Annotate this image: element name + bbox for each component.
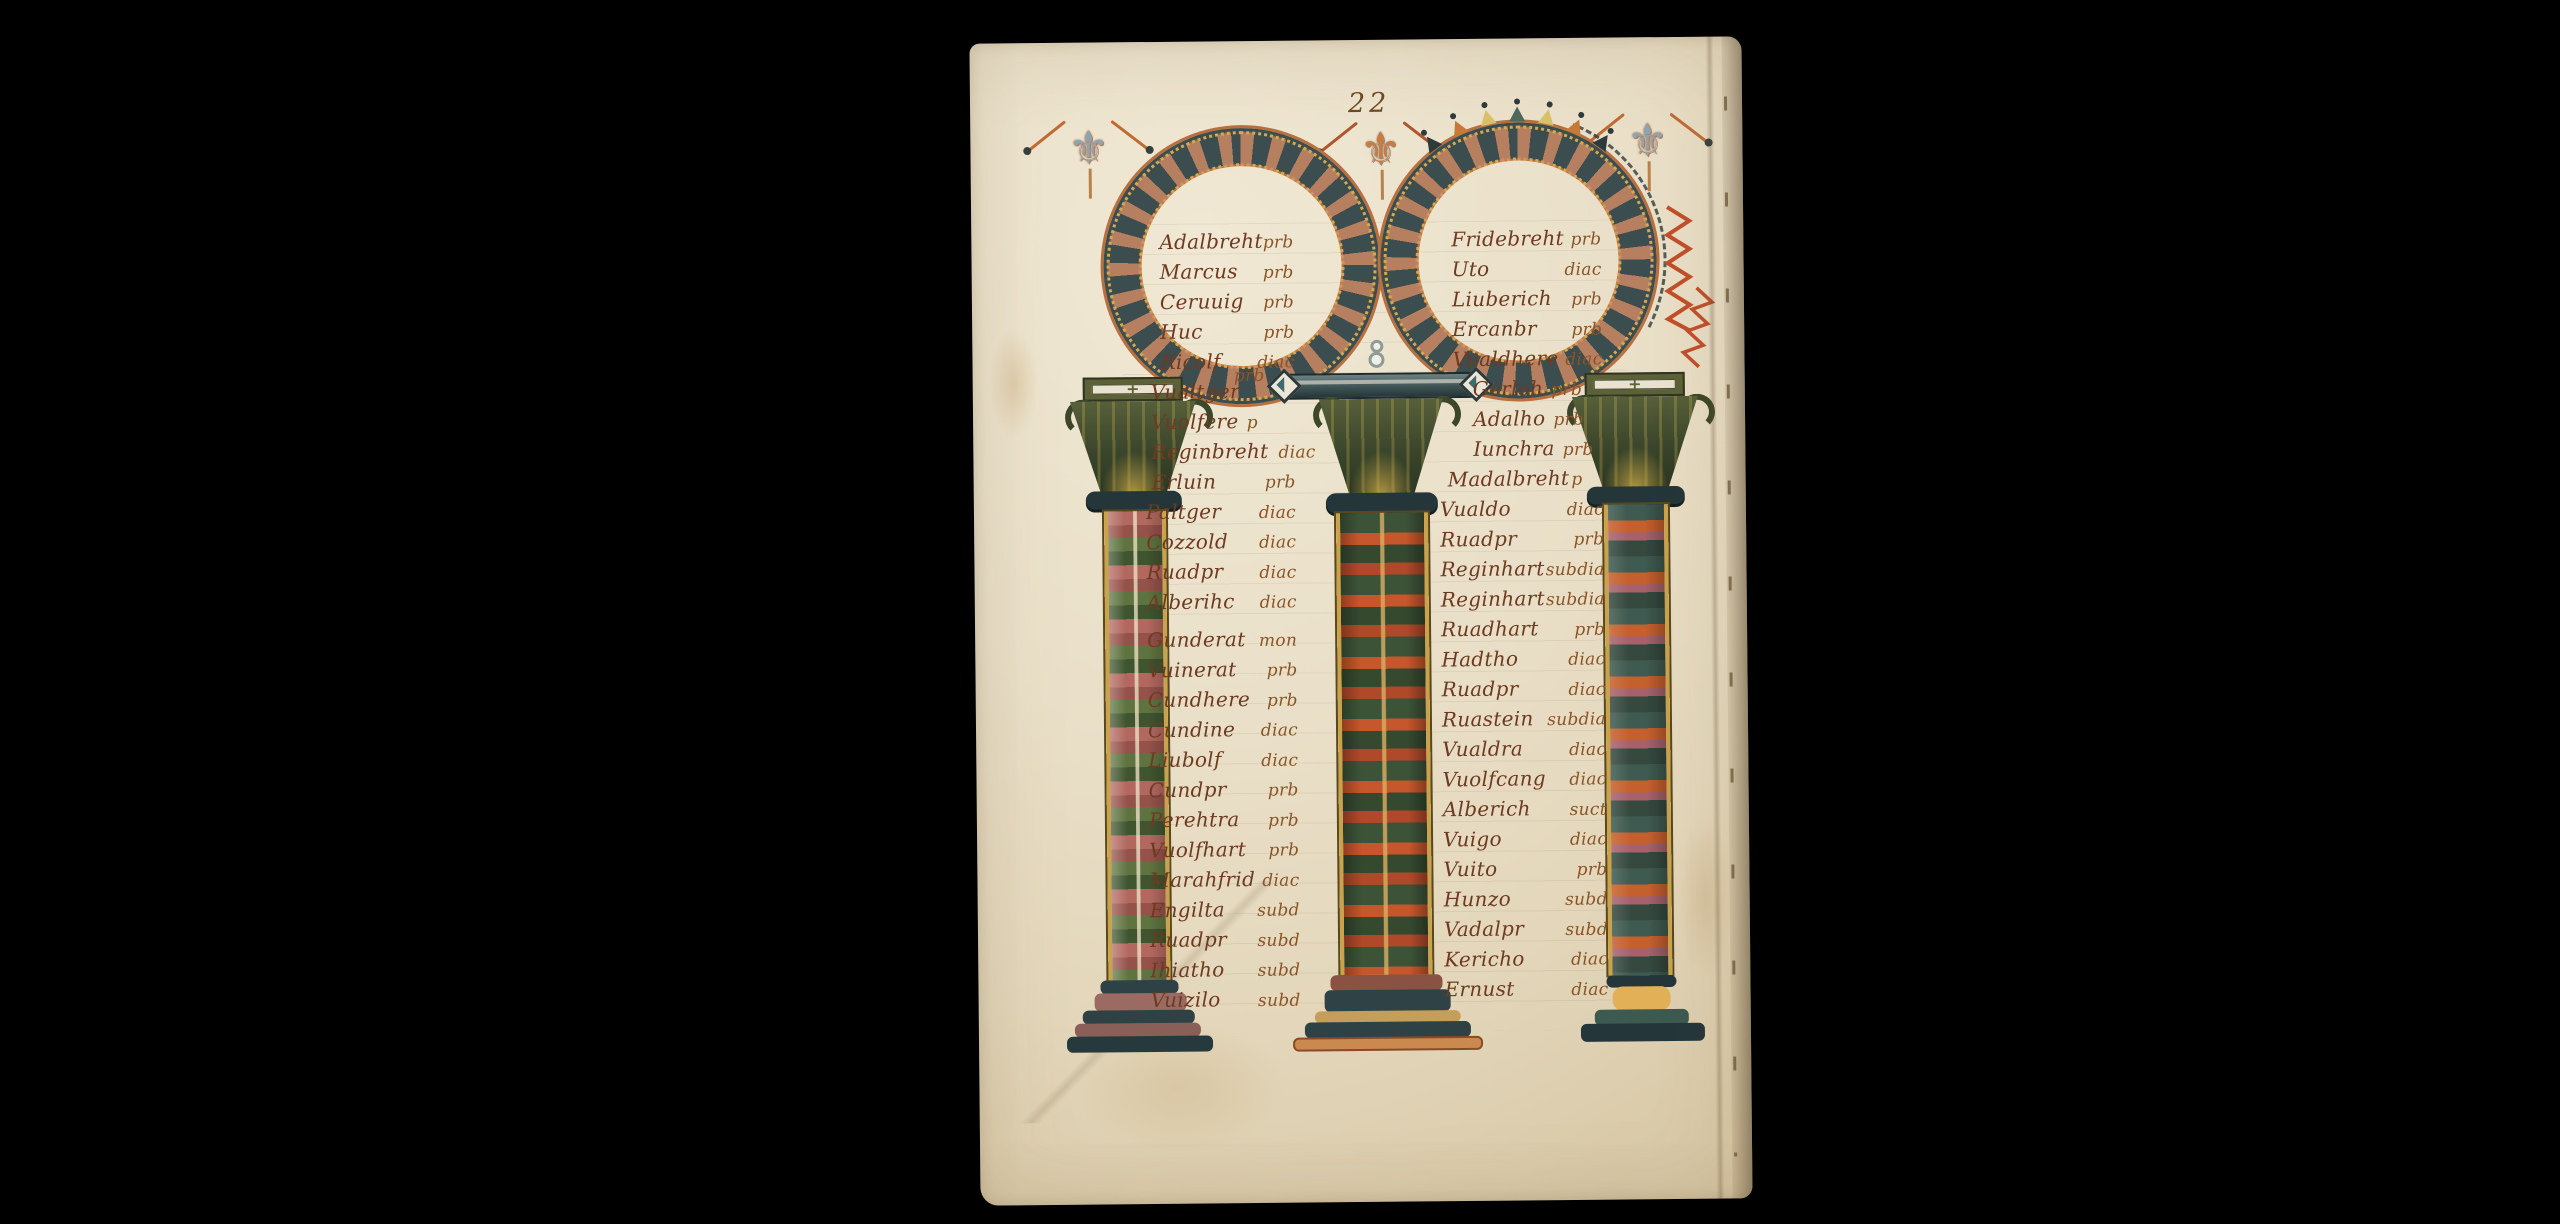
person-title: diac [1565, 349, 1602, 370]
person-name: Reginhart [1440, 556, 1544, 581]
person-name: Ihiatho [1150, 957, 1224, 982]
list-item: Perehtraprb [1149, 807, 1299, 838]
person-title: diac [1569, 740, 1606, 760]
person-title: diac [1569, 769, 1606, 790]
person-name: Engilta [1150, 897, 1225, 922]
person-name: Adalbreht [1159, 229, 1263, 254]
person-name: Ruadpr [1440, 527, 1517, 552]
person-name: Vualdhere [1452, 346, 1558, 371]
middle-column [969, 36, 1741, 43]
person-name: Ruadpr [1146, 559, 1223, 584]
list-item: Vuigodiac [1435, 825, 1607, 857]
person-name: Vuizilo [1151, 987, 1221, 1012]
person-title: diac [1259, 532, 1296, 553]
list-item: Ercanbrprb [1430, 316, 1602, 348]
person-name: Vadalpr [1444, 916, 1524, 941]
page-gutter-crease [1705, 37, 1724, 1199]
list-item: Ruadprprb [1432, 525, 1604, 557]
person-name: Fridebreht [1451, 226, 1564, 252]
person-title: subd [1258, 960, 1301, 981]
person-title: prb [1571, 320, 1602, 340]
person-title: prb [1263, 232, 1294, 252]
list-item: Iunchraprb [1431, 436, 1603, 468]
person-title: subd [1565, 889, 1608, 910]
list-item: Cundinediac [1148, 716, 1298, 748]
person-name: Gerloh [1473, 376, 1544, 401]
list-item: Gunderatmon [1147, 627, 1297, 658]
list-item: Liuberichprb [1430, 285, 1602, 317]
list-item: Vuineratprb [1147, 656, 1297, 688]
base-step [1293, 1036, 1483, 1052]
person-name: Kericho [1444, 946, 1525, 971]
person-name: Erluin [1151, 469, 1216, 494]
person-name: Ruadhart [1441, 616, 1539, 641]
person-name: Gunderat [1147, 627, 1246, 652]
person-name: Adalho [1473, 406, 1546, 431]
person-title: subdia [1546, 560, 1605, 581]
folio-number: 22 [1348, 88, 1391, 119]
list-item: Vadalprsubd [1436, 916, 1608, 948]
person-name: Vuigo [1443, 827, 1502, 852]
person-title: prb [1570, 229, 1601, 249]
list-item: Vualtgerprb [1145, 379, 1295, 410]
person-name: Liuberich [1452, 286, 1552, 311]
abacus-cross-icon: + [1594, 379, 1676, 390]
person-name: Madalbreht [1447, 466, 1569, 492]
left-column: + [969, 36, 1741, 43]
finial-ray-icon [1110, 120, 1150, 152]
list-item: Alberichsuct [1435, 796, 1607, 828]
person-title: subd [1565, 920, 1608, 940]
person-title: prb [1268, 811, 1299, 831]
person-title: prb [1265, 472, 1296, 492]
left-column-base [969, 36, 1741, 43]
list-item: Hunzosubd [1435, 885, 1607, 917]
finial-stem [1089, 169, 1092, 199]
person-title: prb [1574, 620, 1605, 640]
person-name: Hadtho [1441, 646, 1518, 671]
list-item: Marcusprb [1144, 259, 1294, 290]
person-title: diac [1259, 592, 1296, 613]
arch-crown [969, 36, 1741, 43]
list-item: Vuizilosubd [1151, 987, 1301, 1018]
list-item: Cundprprb [1148, 776, 1298, 808]
person-name: Huc [1160, 320, 1203, 344]
list-item: Cundhereprb [1148, 687, 1298, 718]
person-title: subd [1258, 991, 1301, 1011]
person-title: diac [1278, 442, 1315, 462]
person-name: Perehtra [1149, 807, 1240, 832]
person-title: prb [1267, 691, 1298, 711]
person-name: Marahfrid [1149, 867, 1255, 892]
page-fold-edge [1721, 36, 1752, 1198]
left-name-list: AdalbrehtprbMarcusprbCeruuigprbHucprbRic… [1143, 229, 1301, 1018]
list-item: Cozzolddiac [1146, 528, 1296, 560]
person-name: Iunchra [1473, 436, 1555, 461]
finial-ray-icon [1669, 113, 1709, 145]
right-column-base [969, 36, 1741, 43]
person-title: prb [1234, 366, 1265, 386]
person-name: Alberich [1443, 796, 1531, 821]
list-item: Adalhoprb [1431, 405, 1603, 437]
person-title: prb [1263, 263, 1294, 283]
right-name-list: FridebrehtprbUtodiacLiuberichprbErcanbrp… [1429, 226, 1608, 1008]
list-item: Alberihcdiac [1147, 588, 1297, 620]
person-title: prb [1563, 440, 1594, 460]
list-item: Reginbrehtdiac [1145, 439, 1295, 470]
list-item: Liubolfdiac [1148, 747, 1298, 778]
person-title: mon [1259, 631, 1297, 651]
person-title: diac [1571, 949, 1608, 970]
person-name: Vuinerat [1147, 657, 1236, 682]
list-item: Engiltasubd [1150, 896, 1300, 928]
left-finial: ⚜ [1060, 124, 1117, 205]
list-item: Vuolfhartprb [1149, 836, 1299, 868]
list-item: Ernustdiac [1436, 976, 1608, 1008]
person-name: Vuolfcang [1442, 766, 1546, 791]
right-column: + [969, 36, 1741, 43]
trefoil-finial-icon [1509, 106, 1525, 121]
list-item: Vualdradiac [1434, 736, 1606, 768]
list-item: Ruadprsubd [1150, 927, 1300, 958]
person-name: Ernust [1444, 977, 1514, 1002]
list-item: Erluinprb [1145, 468, 1295, 500]
person-title: p [1246, 413, 1257, 433]
person-name: Paltger [1146, 499, 1221, 524]
parchment-stain [978, 303, 1050, 464]
person-name: Vuito [1443, 857, 1497, 882]
person-title: diac [1570, 829, 1607, 850]
list-item: Vualdodiac [1432, 496, 1604, 528]
list-item: Ruadprdiac [1434, 676, 1606, 708]
person-name: Reginhart [1441, 586, 1545, 611]
list-item: Reginhartsubdia [1432, 556, 1604, 588]
person-title: prb [1268, 840, 1299, 860]
fleur-finial-icon: ⚜ [1627, 117, 1669, 163]
list-item: Adalbrehtprb [1143, 228, 1293, 260]
list-item: Hadthodiac [1433, 645, 1605, 677]
person-title: diac [1571, 980, 1608, 1000]
person-name: Ercanbr [1452, 316, 1537, 341]
person-title: prb [1268, 780, 1299, 800]
person-title: prb [1553, 410, 1584, 430]
fleur-finial-icon: ⚜ [1068, 124, 1110, 170]
person-title: diac [1261, 751, 1298, 771]
right-column-shaft [1604, 504, 1673, 976]
person-name: Ruadpr [1442, 676, 1519, 701]
person-name: Cozzold [1146, 529, 1228, 554]
person-title: prb [1573, 529, 1604, 549]
middle-column-shaft [1336, 512, 1432, 975]
person-name: Ruastein [1442, 706, 1534, 731]
person-name: Cundhere [1148, 687, 1251, 712]
person-title: p [1571, 470, 1582, 490]
finial-ray-icon [1319, 122, 1358, 154]
base-step [1613, 986, 1671, 1011]
finial-ray-icon [1027, 120, 1066, 152]
person-title: diac [1568, 680, 1605, 700]
trefoil-finial-icon [1538, 108, 1557, 126]
person-title: diac [1261, 720, 1298, 741]
person-title: prb [1263, 323, 1294, 343]
person-title: suct [1569, 800, 1606, 820]
list-item: Hucprb [1144, 319, 1294, 350]
list-item: Madalbrehtp [1431, 465, 1603, 497]
person-name: Vualdra [1442, 736, 1523, 761]
person-name: Reginbreht [1151, 439, 1268, 464]
person-title: subdia [1547, 709, 1606, 730]
list-item: Kerichodiac [1436, 945, 1608, 977]
person-name: Ceruuig [1160, 289, 1244, 314]
list-item: Reginhartsubdia [1433, 585, 1605, 617]
manuscript-page: 22 ⚜ ⚜ ⚜ [969, 36, 1752, 1205]
person-title: diac [1568, 649, 1605, 670]
finial-stem [1381, 170, 1384, 200]
person-title: prb [1263, 292, 1294, 312]
base-step [1067, 1035, 1213, 1052]
list-item: Ricolfdiac [1144, 348, 1294, 380]
person-name: Alberihc [1147, 589, 1235, 614]
photo-background: 22 ⚜ ⚜ ⚜ [0, 0, 2560, 1224]
person-title: prb [1577, 860, 1608, 880]
list-item: Ihiathosubd [1150, 956, 1300, 988]
list-item: Marahfriddiac [1149, 867, 1299, 898]
list-item: Vuolfcangdiac [1434, 765, 1606, 797]
middle-column-torus [1326, 492, 1438, 513]
list-item: Vuolferep [1145, 408, 1295, 440]
person-name: Vuolfhart [1149, 837, 1246, 862]
base-step [1581, 1023, 1705, 1042]
person-name: Marcus [1160, 259, 1238, 284]
list-item: Ruadhartprb [1433, 616, 1605, 648]
person-name: Cundine [1148, 717, 1235, 742]
list-item: Gerlohprb [1431, 376, 1603, 408]
person-name: Uto [1452, 257, 1490, 281]
person-name: Vualtger [1151, 379, 1240, 404]
person-name: Vualdo [1440, 497, 1511, 522]
person-name: Cundpr [1148, 777, 1226, 802]
person-title: diac [1567, 500, 1604, 520]
person-title: subd [1257, 931, 1300, 951]
list-item: Ceruuigprb [1144, 288, 1294, 320]
list-item: Vualdherediac [1430, 345, 1602, 377]
person-title: diac [1564, 260, 1601, 280]
person-title: subdia [1546, 589, 1605, 610]
list-item: Ruadprdiac [1146, 559, 1296, 590]
list-item: Paltgerdiac [1146, 499, 1296, 530]
person-title: prb [1267, 660, 1298, 680]
list-item: Utodiac [1430, 256, 1602, 288]
fleur-finial-icon: ⚜ [1360, 126, 1402, 172]
list-item: Vuitoprb [1435, 856, 1607, 888]
person-title: diac [1259, 503, 1296, 523]
list-item: Ruasteinsubdia [1434, 705, 1606, 737]
base-step [1325, 989, 1451, 1012]
person-name: Ricolf [1160, 349, 1221, 374]
list-item: Fridebrehtprb [1429, 225, 1601, 257]
finial-stem [1648, 161, 1651, 191]
person-title: diac [1262, 871, 1299, 891]
person-name: Hunzo [1443, 887, 1511, 912]
impost-knob-icon [1368, 340, 1386, 376]
person-name: Vuolfere [1151, 409, 1239, 434]
person-name: Liubolf [1148, 747, 1222, 772]
person-name: Ruadpr [1150, 927, 1227, 952]
person-title: prb [1571, 289, 1602, 309]
person-title: subd [1257, 900, 1300, 921]
person-title: diac [1259, 563, 1296, 583]
middle-column-base [969, 36, 1741, 43]
person-title: prb [1551, 380, 1582, 400]
